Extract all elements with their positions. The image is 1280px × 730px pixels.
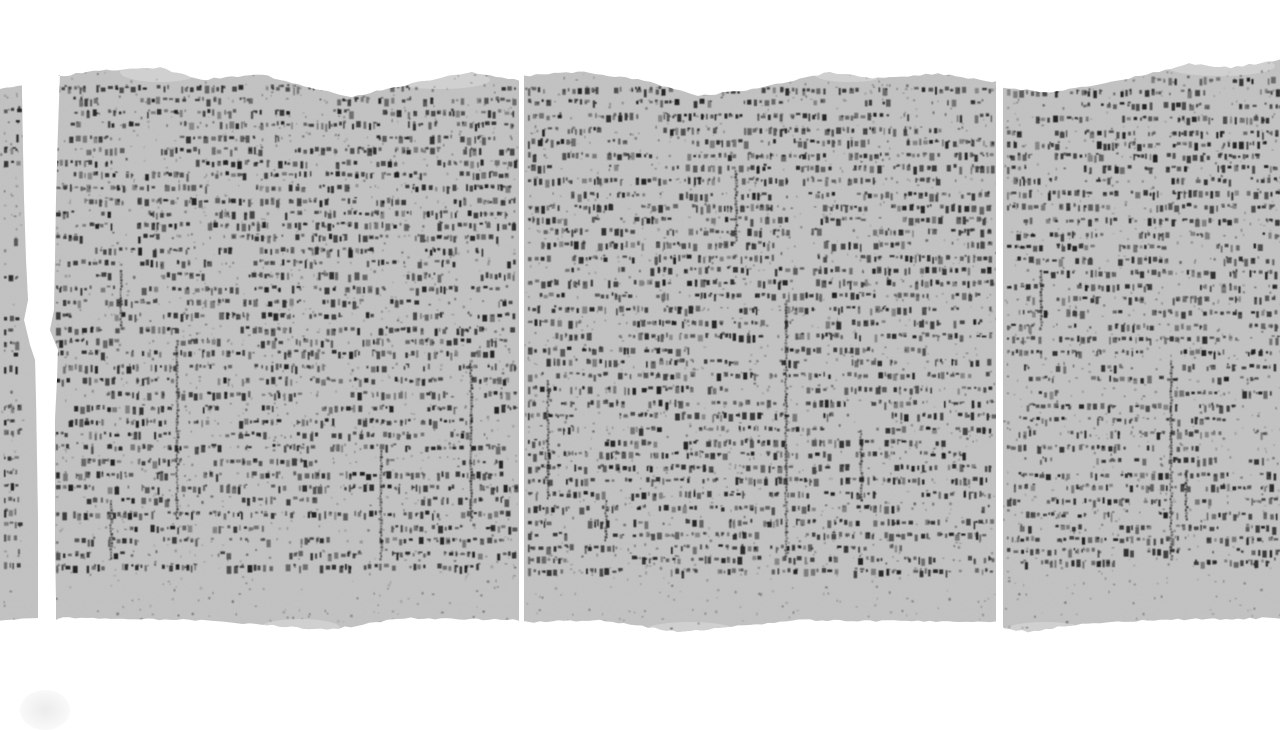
papyrus-texture: [0, 0, 1280, 720]
papyrus-scroll-image: [0, 0, 1280, 720]
papyrus-scroll-canvas: [0, 0, 1280, 720]
